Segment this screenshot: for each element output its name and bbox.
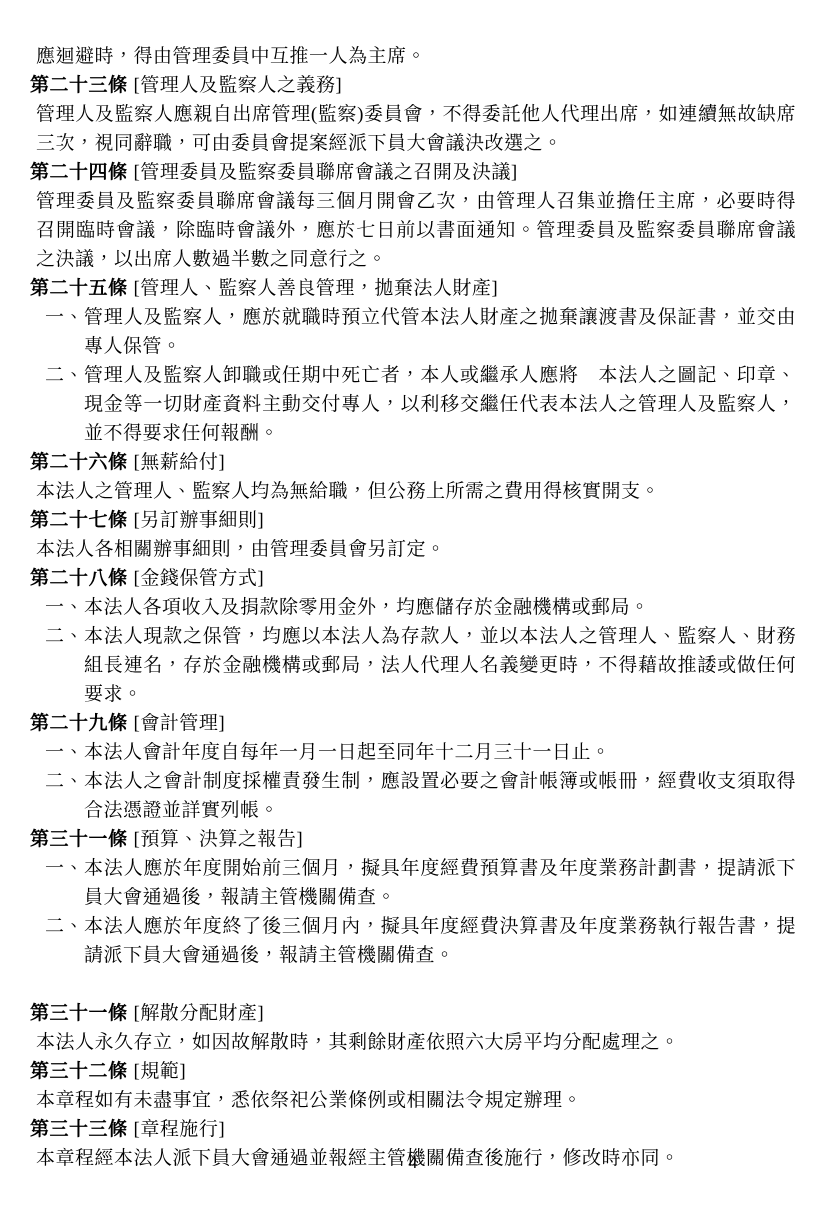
paragraph: 本法人各相關辦事細則，由管理委員會另訂定。: [30, 535, 796, 564]
item-marker: 二、: [45, 361, 84, 448]
page-number: 4: [0, 1148, 826, 1177]
article-number: 第二十九條: [30, 713, 128, 734]
item-text: 管理人及監察人卸職或任期中死亡者，本人或繼承人應將 本法人之圖記、印章、現金等一…: [84, 361, 796, 448]
article-title: [會計管理]: [134, 713, 226, 734]
article-title: [規範]: [134, 1061, 187, 1082]
article-number: 第二十六條: [30, 452, 128, 473]
item-marker: 二、: [45, 912, 84, 970]
article-number: 第三十三條: [30, 1119, 128, 1140]
article-title: [管理人及監察人之義務]: [134, 75, 343, 96]
list-item: 一、本法人會計年度自每年一月一日起至同年十二月三十一日止。: [30, 738, 796, 767]
paragraph: 本章程如有未盡事宜，悉依祭祀公業條例或相關法令規定辦理。: [30, 1086, 796, 1115]
article-heading-28: 第二十八條[金錢保管方式]: [30, 564, 796, 593]
article-heading-32: 第三十二條[規範]: [30, 1057, 796, 1086]
article-title: [解散分配財產]: [134, 1003, 265, 1024]
paragraph: 應迴避時，得由管理委員中互推一人為主席。: [30, 42, 796, 71]
item-text: 本法人之會計制度採權責發生制，應設置必要之會計帳簿或帳冊，經費收支須取得合法憑證…: [84, 767, 796, 825]
article-heading-25: 第二十五條[管理人、監察人善良管理，拋棄法人財產]: [30, 274, 796, 303]
article-heading-29: 第二十九條[會計管理]: [30, 709, 796, 738]
article-heading-31b: 第三十一條[解散分配財產]: [30, 999, 796, 1028]
list-item: 二、管理人及監察人卸職或任期中死亡者，本人或繼承人應將 本法人之圖記、印章、現金…: [30, 361, 796, 448]
article-heading-24: 第二十四條[管理委員及監察委員聯席會議之召開及決議]: [30, 158, 796, 187]
item-text: 本法人會計年度自每年一月一日起至同年十二月三十一日止。: [84, 738, 796, 767]
paragraph: 管理委員及監察委員聯席會議每三個月開會乙次，由管理人召集並擔任主席，必要時得召開…: [30, 187, 796, 274]
article-title: [金錢保管方式]: [134, 568, 265, 589]
document-body: 應迴避時，得由管理委員中互推一人為主席。 第二十三條[管理人及監察人之義務] 管…: [30, 42, 796, 1173]
item-marker: 二、: [45, 622, 84, 709]
paragraph: 本法人永久存立，如因故解散時，其剩餘財產依照六大房平均分配處理之。: [30, 1028, 796, 1057]
article-number: 第三十一條: [30, 829, 128, 850]
article-heading-26: 第二十六條[無薪給付]: [30, 448, 796, 477]
item-text: 本法人現款之保管，均應以本法人為存款人，並以本法人之管理人、監察人、財務組長連名…: [84, 622, 796, 709]
list-item: 一、本法人應於年度開始前三個月，擬具年度經費預算書及年度業務計劃書，提請派下員大…: [30, 854, 796, 912]
article-title: [另訂辦事細則]: [134, 510, 265, 531]
item-text: 管理人及監察人，應於就職時預立代管本法人財產之拋棄讓渡書及保証書，並交由專人保管…: [84, 303, 796, 361]
article-number: 第二十七條: [30, 510, 128, 531]
article-number: 第二十八條: [30, 568, 128, 589]
article-title: [預算、決算之報告]: [134, 829, 304, 850]
item-text: 本法人應於年度終了後三個月內，擬具年度經費決算書及年度業務執行報告書，提請派下員…: [84, 912, 796, 970]
list-item: 二、本法人之會計制度採權責發生制，應設置必要之會計帳簿或帳冊，經費收支須取得合法…: [30, 767, 796, 825]
article-heading-33: 第三十三條[章程施行]: [30, 1115, 796, 1144]
article-heading-23: 第二十三條[管理人及監察人之義務]: [30, 71, 796, 100]
article-title: [章程施行]: [134, 1119, 226, 1140]
list-item: 一、本法人各項收入及捐款除零用金外，均應儲存於金融機構或郵局。: [30, 593, 796, 622]
item-text: 本法人應於年度開始前三個月，擬具年度經費預算書及年度業務計劃書，提請派下員大會通…: [84, 854, 796, 912]
list-item: 二、本法人現款之保管，均應以本法人為存款人，並以本法人之管理人、監察人、財務組長…: [30, 622, 796, 709]
list-item: 二、本法人應於年度終了後三個月內，擬具年度經費決算書及年度業務執行報告書，提請派…: [30, 912, 796, 970]
blank-line: [30, 970, 796, 999]
article-number: 第三十一條: [30, 1003, 128, 1024]
item-marker: 一、: [45, 593, 84, 622]
item-marker: 一、: [45, 854, 84, 912]
item-text: 本法人各項收入及捐款除零用金外，均應儲存於金融機構或郵局。: [84, 593, 796, 622]
article-number: 第三十二條: [30, 1061, 128, 1082]
paragraph: 本法人之管理人、監察人均為無給職，但公務上所需之費用得核實開支。: [30, 477, 796, 506]
document-page: 應迴避時，得由管理委員中互推一人為主席。 第二十三條[管理人及監察人之義務] 管…: [0, 0, 826, 1212]
article-number: 第二十四條: [30, 162, 128, 183]
article-title: [管理人、監察人善良管理，拋棄法人財產]: [134, 278, 499, 299]
article-title: [管理委員及監察委員聯席會議之召開及決議]: [134, 162, 518, 183]
article-heading-31a: 第三十一條[預算、決算之報告]: [30, 825, 796, 854]
article-title: [無薪給付]: [134, 452, 226, 473]
article-number: 第二十三條: [30, 75, 128, 96]
item-marker: 二、: [45, 767, 84, 825]
paragraph: 管理人及監察人應親自出席管理(監察)委員會，不得委託他人代理出席，如連續無故缺席…: [30, 100, 796, 158]
article-heading-27: 第二十七條[另訂辦事細則]: [30, 506, 796, 535]
article-number: 第二十五條: [30, 278, 128, 299]
item-marker: 一、: [45, 738, 84, 767]
item-marker: 一、: [45, 303, 84, 361]
list-item: 一、管理人及監察人，應於就職時預立代管本法人財產之拋棄讓渡書及保証書，並交由專人…: [30, 303, 796, 361]
